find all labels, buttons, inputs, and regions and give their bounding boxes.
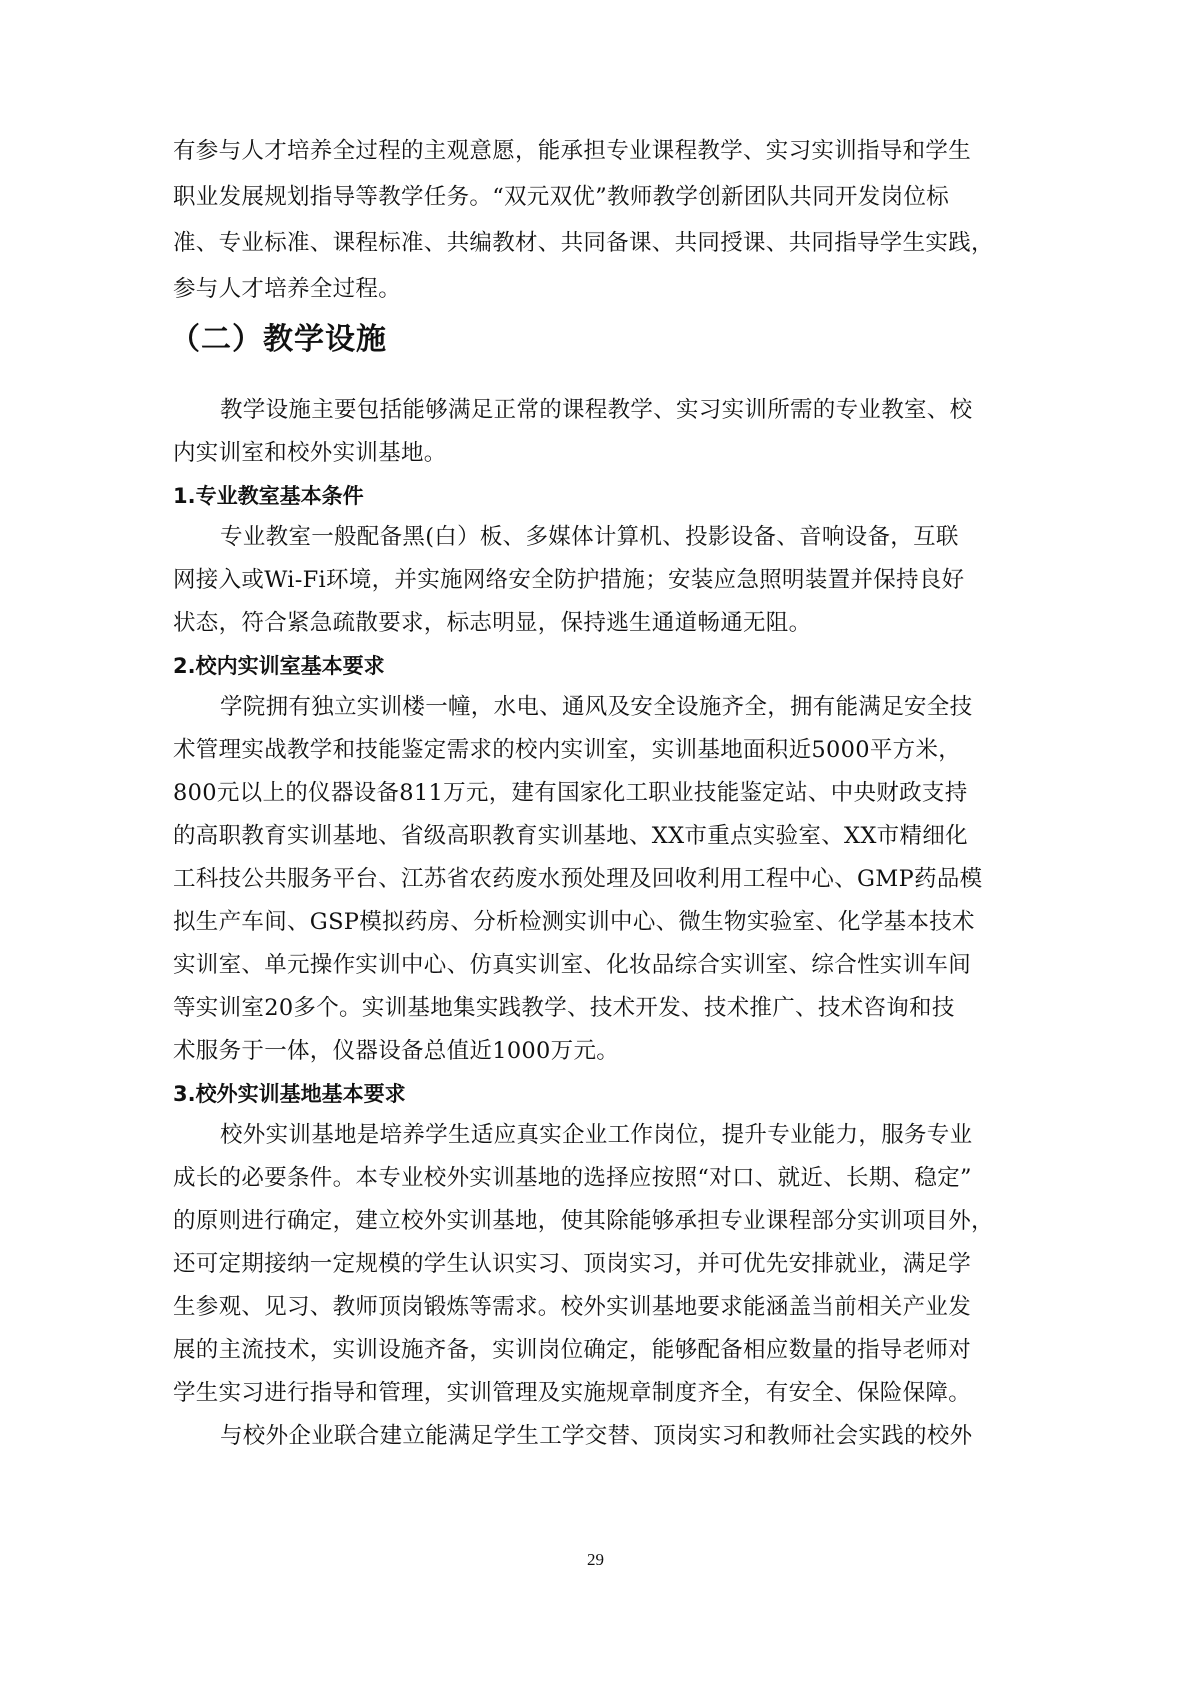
subsection-heading-3: 3.校外实训基地基本要求 bbox=[173, 1080, 406, 1108]
text-line: 的原则进行确定，建立校外实训基地，使其除能够承担专业课程部分实训项目外， bbox=[173, 1206, 1013, 1236]
text-line: 职业发展规划指导等教学任务。“双元双优”教师教学创新团队共同开发岗位标 bbox=[173, 182, 1013, 212]
text-line: 800元以上的仪器设备811万元，建有国家化工职业技能鉴定站、中央财政支持 bbox=[173, 778, 1013, 808]
text-line: 的高职教育实训基地、省级高职教育实训基地、XX市重点实验室、XX市精细化 bbox=[173, 821, 1013, 851]
text-line: 还可定期接纳一定规模的学生认识实习、顶岗实习，并可优先安排就业，满足学 bbox=[173, 1249, 1013, 1279]
last-paragraph-line: 与校外企业联合建立能满足学生工学交替、顶岗实习和教师社会实践的校外 bbox=[220, 1421, 1060, 1451]
section-heading: （二）教学设施 bbox=[170, 320, 387, 360]
text-line: 状态，符合紧急疏散要求，标志明显，保持逃生通道畅通无阻。 bbox=[173, 608, 1013, 638]
text-line: 有参与人才培养全过程的主观意愿，能承担专业课程教学、实习实训指导和学生 bbox=[173, 136, 1013, 166]
text-line: 教学设施主要包括能够满足正常的课程教学、实习实训所需的专业教室、校 bbox=[220, 395, 1060, 425]
text-line: 实训室、单元操作实训中心、仿真实训室、化妆品综合实训室、综合性实训车间 bbox=[173, 950, 1013, 980]
text-line: 参与人才培养全过程。 bbox=[173, 274, 1013, 304]
page-number: 29 bbox=[0, 1549, 1191, 1571]
text-line: 校外实训基地是培养学生适应真实企业工作岗位，提升专业能力，服务专业 bbox=[220, 1120, 1060, 1150]
text-line: 专业教室一般配备黑(白）板、多媒体计算机、投影设备、音响设备，互联 bbox=[220, 522, 1060, 552]
text-line: 展的主流技术，实训设施齐备，实训岗位确定，能够配备相应数量的指导老师对 bbox=[173, 1335, 1013, 1365]
text-line: 内实训室和校外实训基地。 bbox=[173, 438, 1013, 468]
subsection-heading-2: 2.校内实训室基本要求 bbox=[173, 652, 385, 680]
subsection-heading-1: 1.专业教室基本条件 bbox=[173, 482, 364, 510]
text-line: 学生实习进行指导和管理，实训管理及实施规章制度齐全，有安全、保险保障。 bbox=[173, 1378, 1013, 1408]
text-line: 等实训室20多个。实训基地集实践教学、技术开发、技术推广、技术咨询和技 bbox=[173, 993, 1013, 1023]
text-line: 拟生产车间、GSP模拟药房、分析检测实训中心、微生物实验室、化学基本技术 bbox=[173, 907, 1013, 937]
text-line: 工科技公共服务平台、江苏省农药废水预处理及回收利用工程中心、GMP药品模 bbox=[173, 864, 1013, 894]
text-line: 成长的必要条件。本专业校外实训基地的选择应按照“对口、就近、长期、稳定” bbox=[173, 1163, 1013, 1193]
text-line: 网接入或Wi-Fi环境，并实施网络安全防护措施；安装应急照明装置并保持良好 bbox=[173, 565, 1013, 595]
text-line: 术管理实战教学和技能鉴定需求的校内实训室，实训基地面积近5000平方米， bbox=[173, 735, 1013, 765]
text-line: 学院拥有独立实训楼一幢，水电、通风及安全设施齐全，拥有能满足安全技 bbox=[220, 692, 1060, 722]
document-page: 有参与人才培养全过程的主观意愿，能承担专业课程教学、实习实训指导和学生 职业发展… bbox=[0, 0, 1191, 1684]
text-line: 生参观、见习、教师顶岗锻炼等需求。校外实训基地要求能涵盖当前相关产业发 bbox=[173, 1292, 1013, 1322]
text-line: 准、专业标准、课程标准、共编教材、共同备课、共同授课、共同指导学生实践， bbox=[173, 228, 1013, 258]
text-line: 术服务于一体，仪器设备总值近1000万元。 bbox=[173, 1036, 1013, 1066]
